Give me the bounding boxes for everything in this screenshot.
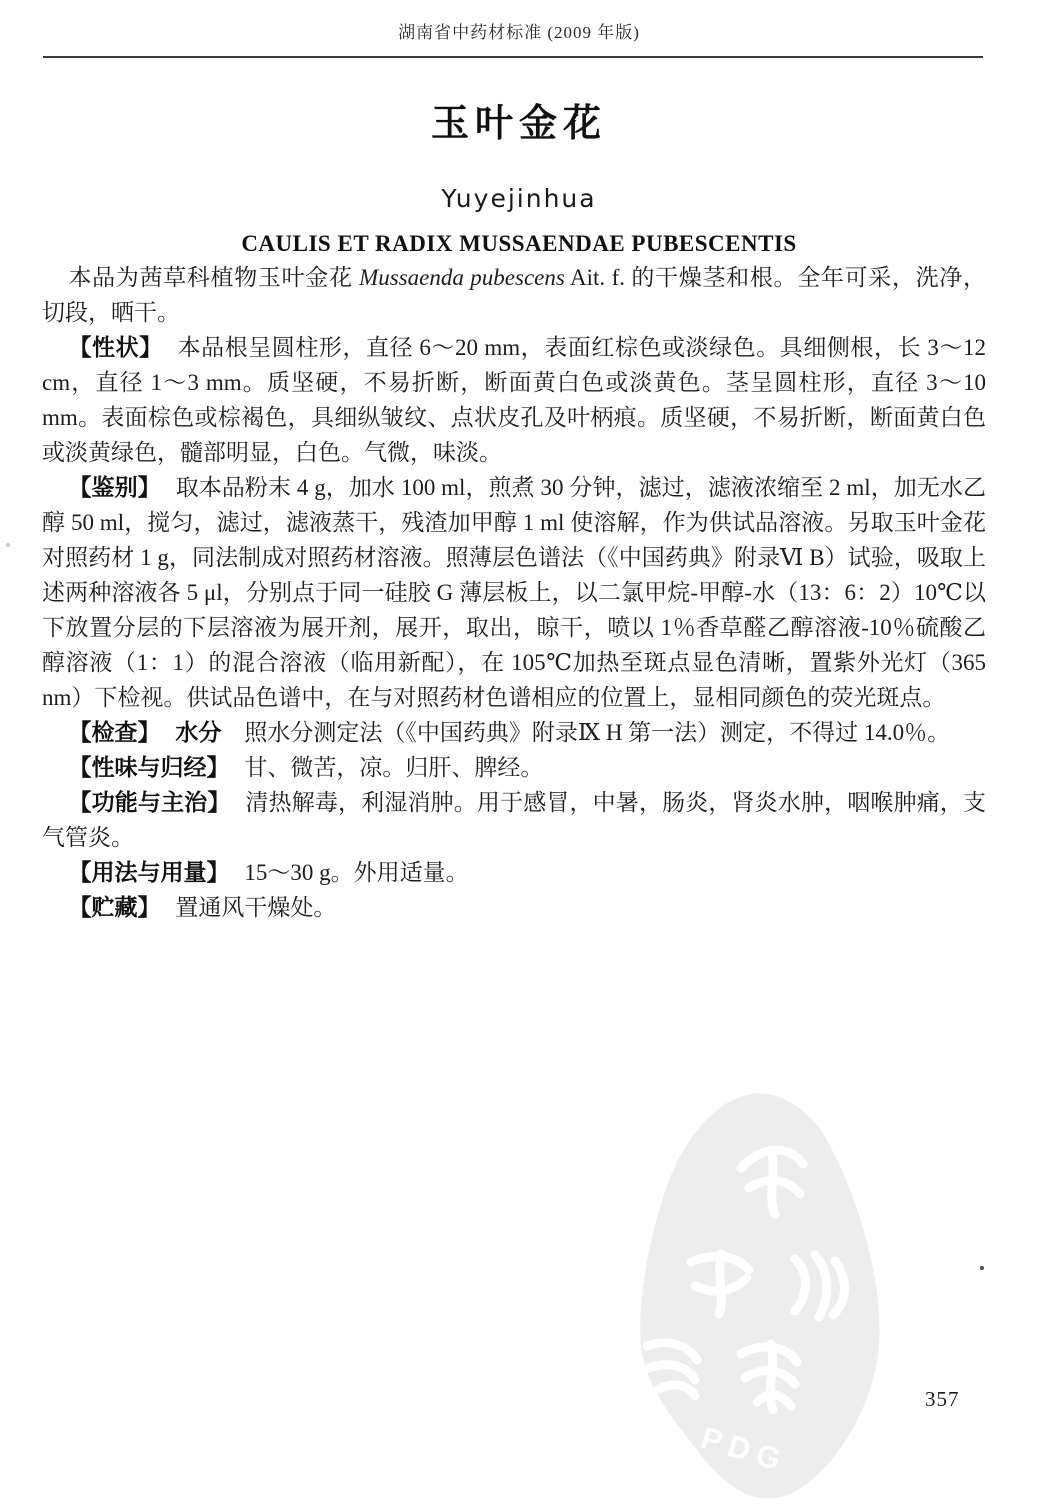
- scan-artifact-dot: [980, 1266, 984, 1270]
- document-body: 本品为茜草科植物玉叶金花 Mussaenda pubescens Ait. f.…: [42, 260, 986, 925]
- text-run: Mussaenda pubescens: [359, 265, 565, 290]
- paragraph: 【性状】本品根呈圆柱形，直径 6～20 mm，表面红棕色或淡绿色。具细侧根，长 …: [42, 330, 986, 470]
- text-run: 甘、微苦，凉。归肝、脾经。: [244, 755, 543, 780]
- section-label: 【用法与用量】: [68, 859, 229, 885]
- text-run: 本品为茜草科植物玉叶金花: [68, 265, 359, 290]
- section-label: 【鉴别】: [68, 474, 160, 500]
- paragraph: 【功能与主治】清热解毒，利湿消肿。用于感冒，中暑，肠炎，肾炎水肿，咽喉肿痛，支气…: [42, 785, 986, 855]
- paragraph: 【贮藏】置通风干燥处。: [42, 890, 986, 925]
- section-label: 【贮藏】: [68, 894, 160, 920]
- text-run: 本品根呈圆柱形，直径 6～20 mm，表面红棕色或淡绿色。具细侧根，长 3～12…: [42, 335, 986, 465]
- latin-name: CAULIS ET RADIX MUSSAENDAE PUBESCENTIS: [0, 230, 1038, 258]
- section-label: 【功能与主治】: [68, 789, 230, 815]
- paragraph: 【鉴别】取本品粉末 4 g，加水 100 ml，煎煮 30 分钟，滤过，滤液浓缩…: [42, 470, 986, 715]
- pinyin-name: Yuyejinhua: [0, 184, 1038, 214]
- scan-artifact-dot: [6, 543, 10, 547]
- document-page: 湖南省中药材标准 (2009 年版) 玉叶金花 Yuyejinhua CAULI…: [0, 0, 1038, 1505]
- text-run: 置通风干燥处。: [175, 895, 336, 920]
- running-header: 湖南省中药材标准 (2009 年版): [0, 21, 1038, 45]
- page-title: 玉叶金花: [0, 98, 1038, 150]
- section-label: 【性味与归经】: [68, 754, 229, 780]
- paragraph: 【检查】水分 照水分测定法（《中国药典》附录Ⅸ H 第一法）测定，不得过 14.…: [42, 715, 986, 750]
- text-run: 15～30 g。外用适量。: [244, 860, 468, 885]
- seal-glyph-1: [741, 1150, 803, 1214]
- section-label: 【性状】: [68, 334, 162, 360]
- seal-glyph-2: [691, 1254, 749, 1314]
- text-run: 取本品粉末 4 g，加水 100 ml，煎煮 30 分钟，滤过，滤液浓缩至 2 …: [42, 475, 986, 710]
- paragraph: 【用法与用量】15～30 g。外用适量。: [42, 855, 986, 890]
- header-rule: [43, 56, 983, 58]
- watermark-pdg-label: PDG: [697, 1420, 792, 1480]
- text-run: 水分: [175, 719, 221, 745]
- text-run: 照水分测定法（《中国药典》附录Ⅸ H 第一法）测定，不得过 14.0％。: [221, 720, 950, 745]
- paragraph: 本品为茜草科植物玉叶金花 Mussaenda pubescens Ait. f.…: [42, 260, 986, 330]
- section-label: 【检查】: [68, 719, 160, 745]
- seal-glyph-3: [795, 1255, 845, 1317]
- seal-glyph-4: [647, 1343, 697, 1396]
- page-number: 357: [925, 1386, 960, 1412]
- paragraph: 【性味与归经】甘、微苦，凉。归肝、脾经。: [42, 750, 986, 785]
- seal-glyph-5: [741, 1344, 797, 1410]
